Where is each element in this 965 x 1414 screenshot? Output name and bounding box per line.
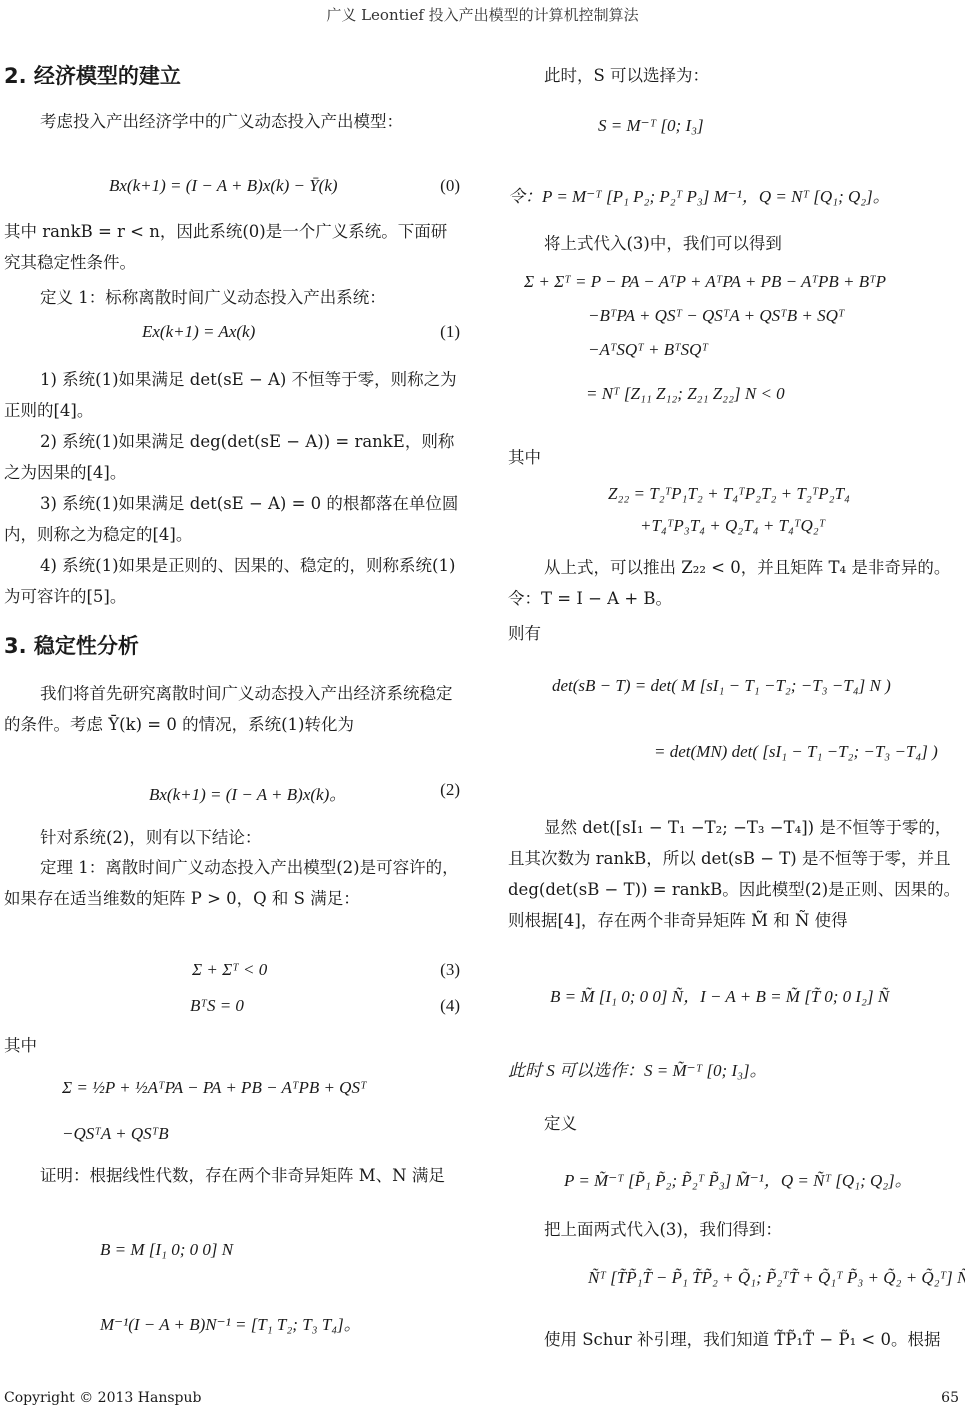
copyright: Copyright © 2013 Hanspub [4,1390,201,1406]
running-title: 广义 Leontief 投入产出模型的计算机控制算法 [0,4,965,25]
paragraph: 此时，S 可以选择为： [508,60,709,91]
paragraph: 其中 rankB = r < n，因此系统(0)是一个广义系统。下面研究其稳定性… [4,216,460,278]
definition-item: 2) 系统(1)如果满足 deg(det(sE − A)) = rankE，则称… [4,426,460,488]
page-number: 65 [941,1390,959,1406]
equation-label: (2) [440,780,460,800]
theorem-1: 定理 1：离散时间广义动态投入产出模型(2)是可容许的，如果存在适当维数的矩阵 … [4,852,460,914]
equation-final-lmi: Ñᵀ [T̃P̃₁T̃ − P̃₁ T̃P̃₂ + Q̃₁; P̃₂ᵀT̃ + … [588,1268,965,1288]
equation-1: Ex(k+1) = Ax(k) [142,322,255,342]
paragraph: 则有 [508,618,541,649]
paragraph: 显然 det([sI₁ − T₁ −T₂; −T₃ −T₄]) 是不恒等于零的，… [508,812,964,936]
definition-item: 1) 系统(1)如果满足 det(sE − A) 不恒等于零，则称之为正则的[4… [4,364,460,426]
paragraph: 针对系统(2)，则有以下结论： [4,822,261,853]
section-heading-2: 2. 经济模型的建立 [4,60,181,90]
paragraph: 从上式，可以推出 Z₂₂ < 0，并且矩阵 T₄ 是非奇异的。令：T = I −… [508,552,964,614]
det-line-1: det(sB − T) = det( M [sI₁ − T₁ −T₂; −T₃ … [552,676,891,696]
equation-T-decomposition: M⁻¹(I − A + B)N⁻¹ = [T₁ T₂; T₃ T₄]。 [100,1310,361,1335]
z22-line-2: +T₄ᵀP₃T₄ + Q₂T₄ + T₄ᵀQ₂ᵀ [640,516,825,536]
sigma-definition-line-1: Σ = ½P + ½AᵀPA − PA + PB − AᵀPB + QSᵀ [62,1078,367,1098]
where-label: 其中 [508,442,541,473]
equation-S-tilde: 此时 S 可以选作：S = M̃⁻ᵀ [0; I₃]。 [508,1056,767,1081]
sigma-definition-line-2: −QSᵀA + QSᵀB [62,1124,169,1144]
equation-0: Bx(k+1) = (I − A + B)x(k) − Ȳ(k) [109,176,338,196]
paragraph: 把上面两式代入(3)，我们得到： [508,1214,782,1245]
equation-3: Σ + Σᵀ < 0 [192,960,267,980]
equation-P-Q-tilde: P = M̃⁻ᵀ [P̃₁ P̃₂; P̃₂ᵀ P̃₃] M̃⁻¹，Q = Ñᵀ… [564,1166,912,1191]
equation-label: (1) [440,322,460,342]
z22-line-1: Z₂₂ = T₂ᵀP₁T₂ + T₄ᵀP₂T₂ + T₂ᵀP₂T₄ [608,484,850,504]
equation-B-decomposition: B = M [I₁ 0; 0 0] N [100,1240,233,1260]
sum-line-3: −AᵀSQᵀ + BᵀSQᵀ [588,340,708,360]
paragraph: 将上式代入(3)中，我们可以得到 [508,228,782,259]
sum-line-1: Σ + Σᵀ = P − PA − AᵀP + AᵀPA + PB − AᵀPB… [524,272,886,292]
sum-line-4: = Nᵀ [Z₁₁ Z₁₂; Z₂₁ Z₂₂] N < 0 [586,384,785,404]
paragraph: 考虑投入产出经济学中的广义动态投入产出模型： [4,106,460,137]
where-label: 其中 [4,1030,37,1061]
equation-4: BᵀS = 0 [190,996,244,1016]
equation-label: (3) [440,960,460,980]
equation-P-Q: 令：P = M⁻ᵀ [P₁ P₂; P₂ᵀ P₃] M⁻¹，Q = Nᵀ [Q₁… [508,182,890,207]
definition-item: 3) 系统(1)如果满足 det(sE − A) = 0 的根都落在单位圆内，则… [4,488,460,550]
paragraph: 使用 Schur 补引理，我们知道 T̃P̃₁T̃ − P̃₁ < 0。根据 [508,1324,941,1355]
equation-2: Bx(k+1) = (I − A + B)x(k)。 [149,780,346,805]
section-heading-3: 3. 稳定性分析 [4,630,139,660]
paragraph: 我们将首先研究离散时间广义动态投入产出经济系统稳定的条件。考虑 Ȳ(k) = 0… [4,678,460,740]
equation-label: (4) [440,996,460,1016]
proof: 证明：根据线性代数，存在两个非奇异矩阵 M、N 满足 [4,1160,460,1191]
equation-S: S = M⁻ᵀ [0; I₃] [598,116,704,136]
equation-label: (0) [440,176,460,196]
definition-item: 4) 系统(1)如果是正则的、因果的、稳定的，则称系统(1)为可容许的[5]。 [4,550,460,612]
paragraph: 定义 [508,1108,577,1139]
equation-tilde-decomposition: B = M̃ [I₁ 0; 0 0] Ñ，I − A + B = M̃ [T̃ … [550,982,889,1007]
definition-1: 定义 1：标称离散时间广义动态投入产出系统： [4,282,386,313]
det-line-2: = det(MN) det( [sI₁ − T₁ −T₂; −T₃ −T₄] ) [654,742,938,762]
sum-line-2: −BᵀPA + QSᵀ − QSᵀA + QSᵀB + SQᵀ [588,306,844,326]
